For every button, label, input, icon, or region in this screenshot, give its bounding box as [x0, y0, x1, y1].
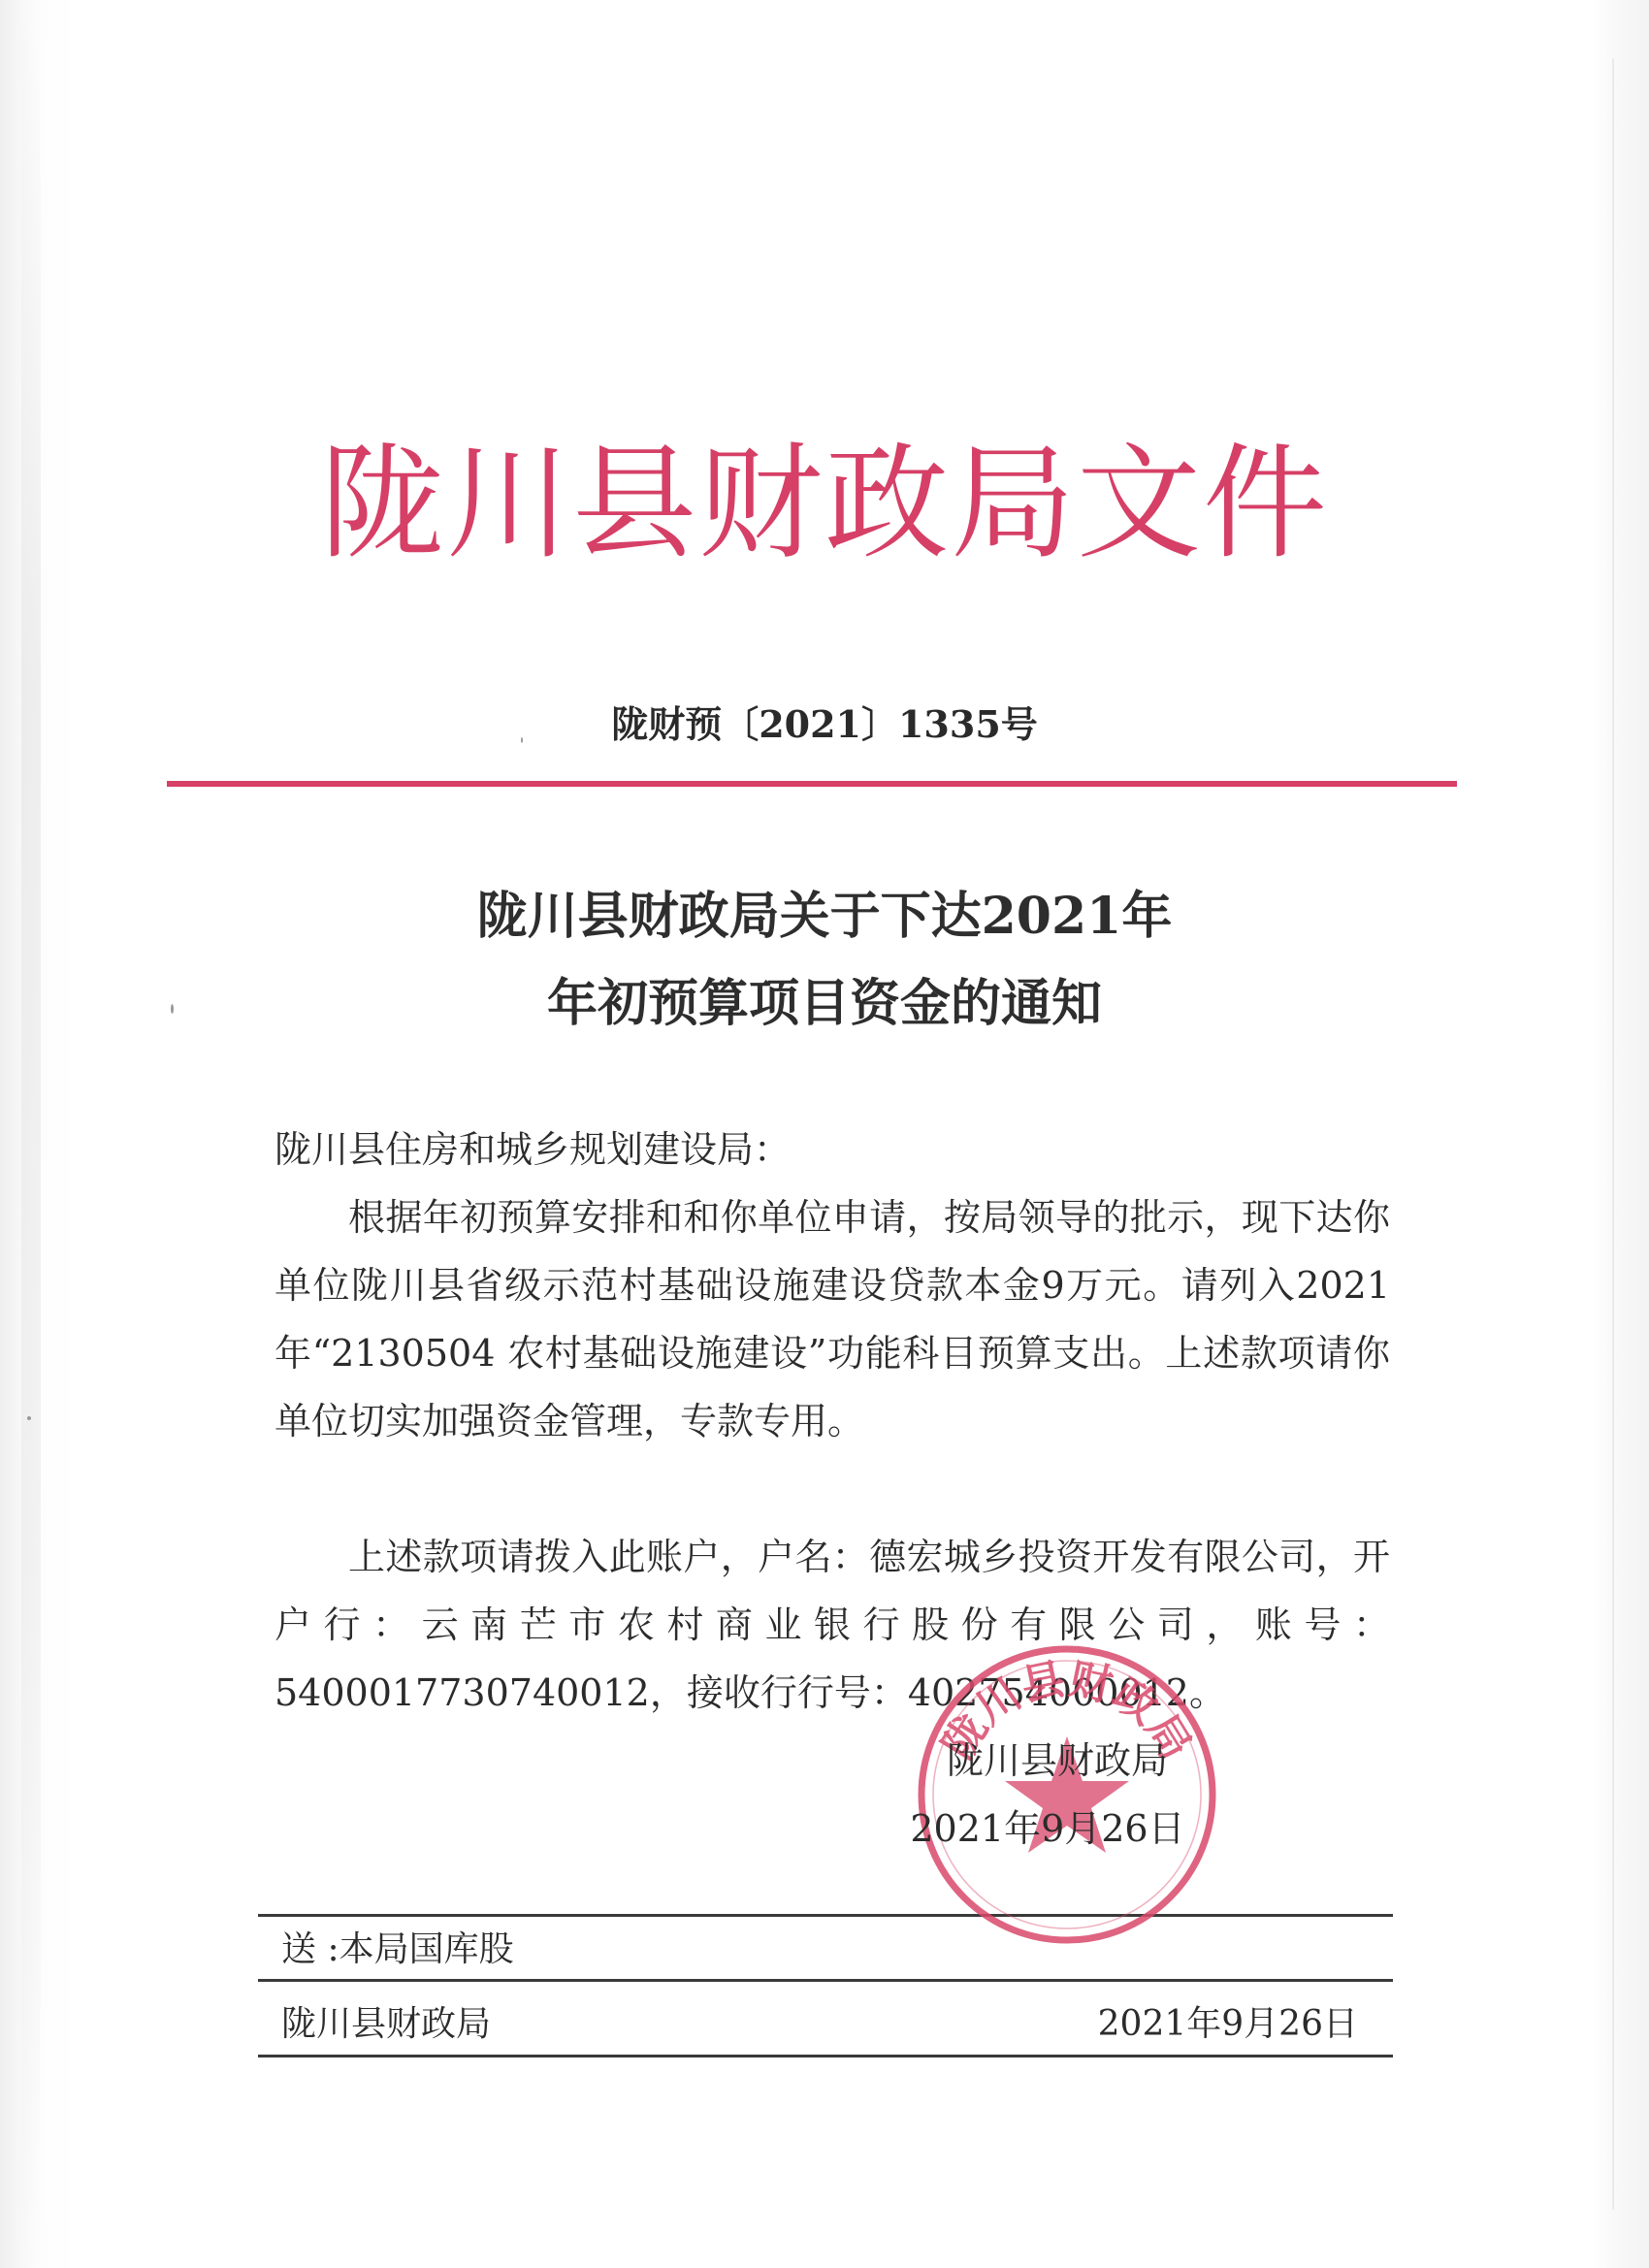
addressee: 陇川县住房和城乡规划建设局：	[275, 1116, 1390, 1183]
document-page: 陇川县财政局文件 陇财预〔2021〕1335号 陇川县财政局关于下达2021年 …	[0, 0, 1649, 2268]
notice-title: 陇川县财政局关于下达2021年 年初预算项目资金的通知	[0, 873, 1649, 1048]
scan-shadow-right	[1612, 58, 1614, 2210]
footer-issue-date: 2021年9月26日	[1098, 2000, 1358, 2049]
cc-recipient: 送 :本局国库股	[281, 1926, 514, 1974]
signature-organization: 陇川县财政局	[912, 1727, 1203, 1795]
document-number: 陇财预〔2021〕1335号	[0, 700, 1649, 749]
red-divider	[167, 781, 1457, 787]
notice-title-line-1: 陇川县财政局关于下达2021年	[0, 873, 1649, 960]
scan-speck	[521, 737, 523, 743]
document-header-title: 陇川县财政局文件	[0, 427, 1649, 582]
body-paragraph-2: 上述款项请拨入此账户，户名：德宏城乡投资开发有限公司，开户行：云南芒市农村商业银…	[275, 1523, 1390, 1727]
scan-speck	[171, 1004, 174, 1014]
body-paragraph-1: 根据年初预算安排和和你单位申请，按局领导的批示，现下达你单位陇川县省级示范村基础…	[275, 1183, 1390, 1455]
footer-rule-bottom	[258, 2055, 1393, 2057]
scan-shadow-left	[21, 19, 41, 2249]
scan-speck	[27, 1416, 31, 1420]
footer-issuing-org: 陇川县财政局	[281, 2000, 491, 2049]
footer-rule-middle	[258, 1979, 1393, 1982]
notice-title-line-2: 年初预算项目资金的通知	[0, 960, 1649, 1048]
signature-date: 2021年9月26日	[854, 1795, 1242, 1863]
footer-rule-top	[258, 1914, 1393, 1917]
